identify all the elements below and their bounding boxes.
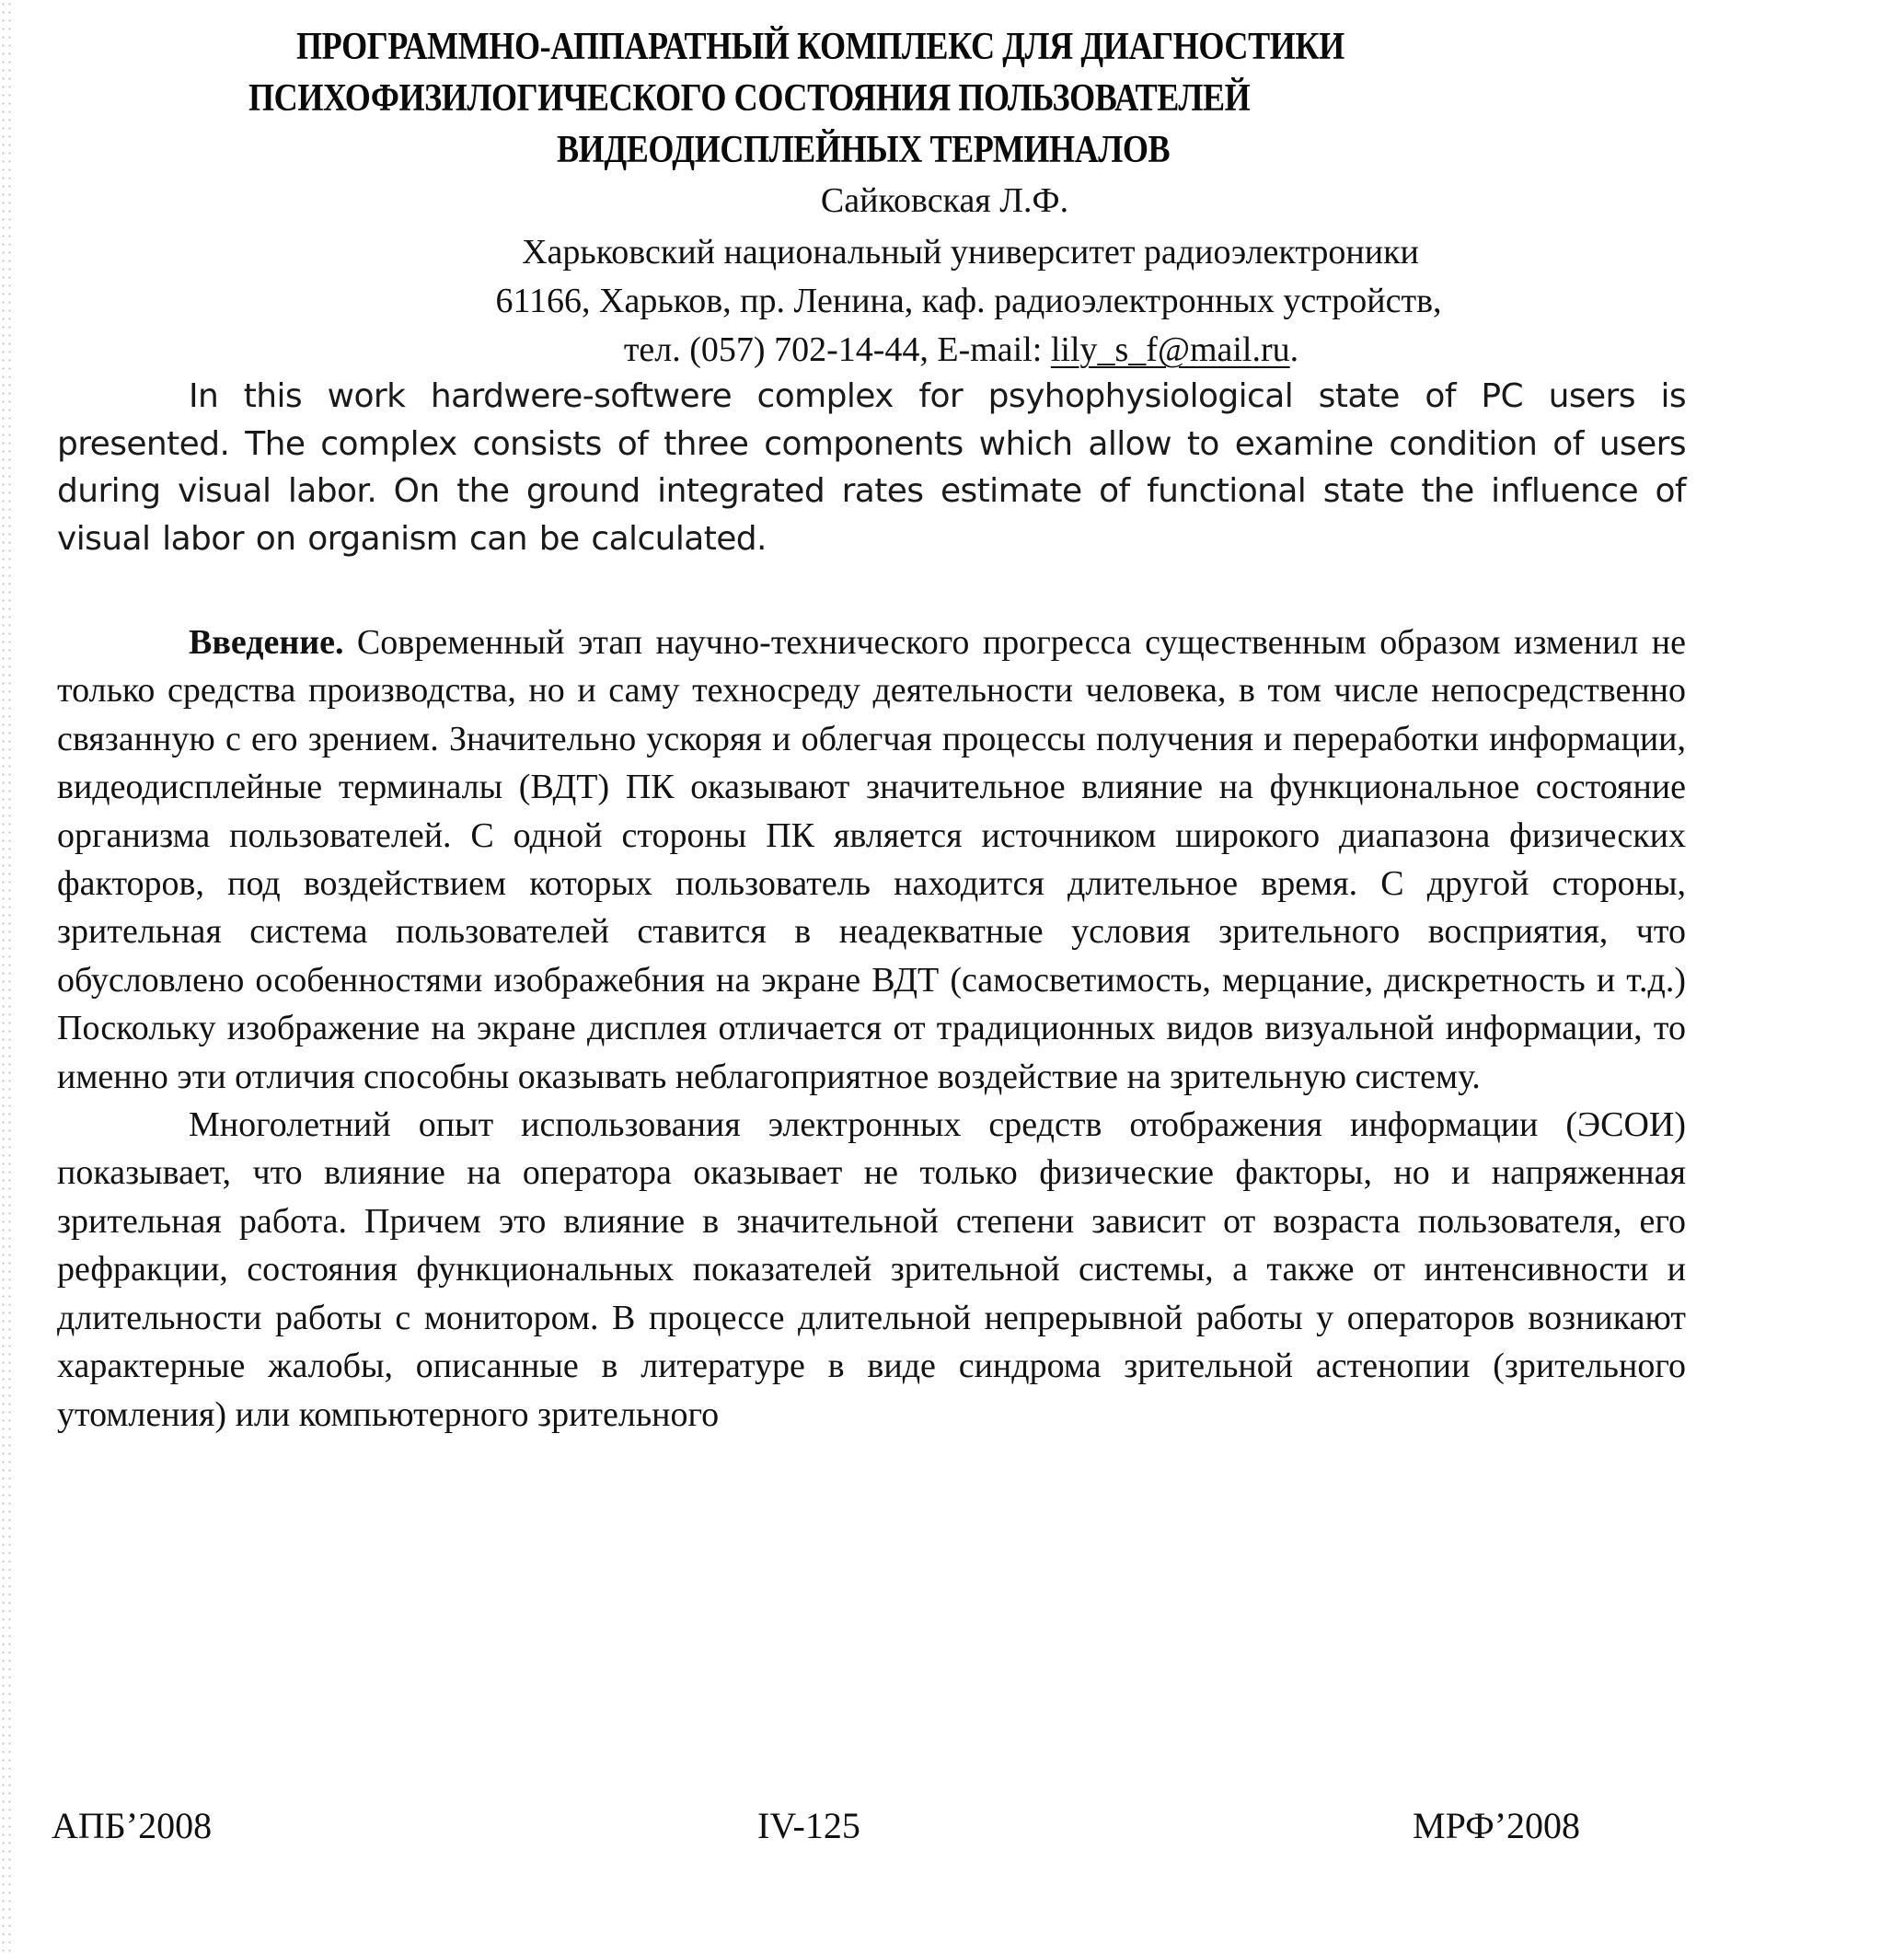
footer-page-number: IV-125 bbox=[757, 1804, 860, 1848]
title-line-3: ВИДЕОДИСПЛЕЙНЫХ ТЕРМИНАЛОВ bbox=[557, 129, 1904, 171]
intro-paragraph-2: Многолетний опыт использования электронн… bbox=[57, 1101, 1686, 1439]
contact-line: тел. (057) 702-14-44, E-mail: lily_s_f@m… bbox=[9, 330, 1904, 370]
introduction-section: Введение. Современный этап научно-технич… bbox=[57, 619, 1686, 1439]
phone-text: тел. (057) 702-14-44, E-mail: bbox=[624, 330, 1051, 369]
address: 61166, Харьков, пр. Ленина, каф. радиоэл… bbox=[17, 281, 1904, 321]
intro-heading: Введение. bbox=[189, 623, 343, 662]
footer-left-conference: АПБ’2008 bbox=[52, 1804, 212, 1848]
email-link[interactable]: lily_s_f@mail.ru bbox=[1051, 330, 1290, 369]
title-line-2: ПСИХОФИЗИЛОГИЧЕСКОГО СОСТОЯНИЯ ПОЛЬЗОВАТ… bbox=[248, 77, 1886, 120]
contact-suffix: . bbox=[1290, 330, 1299, 369]
intro-paragraph-1-text: Современный этап научно-технического про… bbox=[57, 623, 1686, 1096]
author-name: Сайковская Л.Ф. bbox=[0, 180, 1897, 221]
document-page: ПРОГРАММНО-АППАРАТНЫЙ КОМПЛЕКС ДЛЯ ДИАГН… bbox=[0, 0, 1904, 1954]
abstract-text: In this work hardwere-softwere complex f… bbox=[57, 373, 1686, 562]
affiliation: Харьковский национальный университет рад… bbox=[18, 232, 1904, 272]
abstract: In this work hardwere-softwere complex f… bbox=[57, 373, 1686, 562]
footer-right-conference: МРФ’2008 bbox=[1413, 1804, 1580, 1848]
title-line-1: ПРОГРАММНО-АППАРАТНЫЙ КОМПЛЕКС ДЛЯ ДИАГН… bbox=[296, 26, 1904, 68]
intro-paragraph-1: Введение. Современный этап научно-технич… bbox=[57, 619, 1686, 1101]
